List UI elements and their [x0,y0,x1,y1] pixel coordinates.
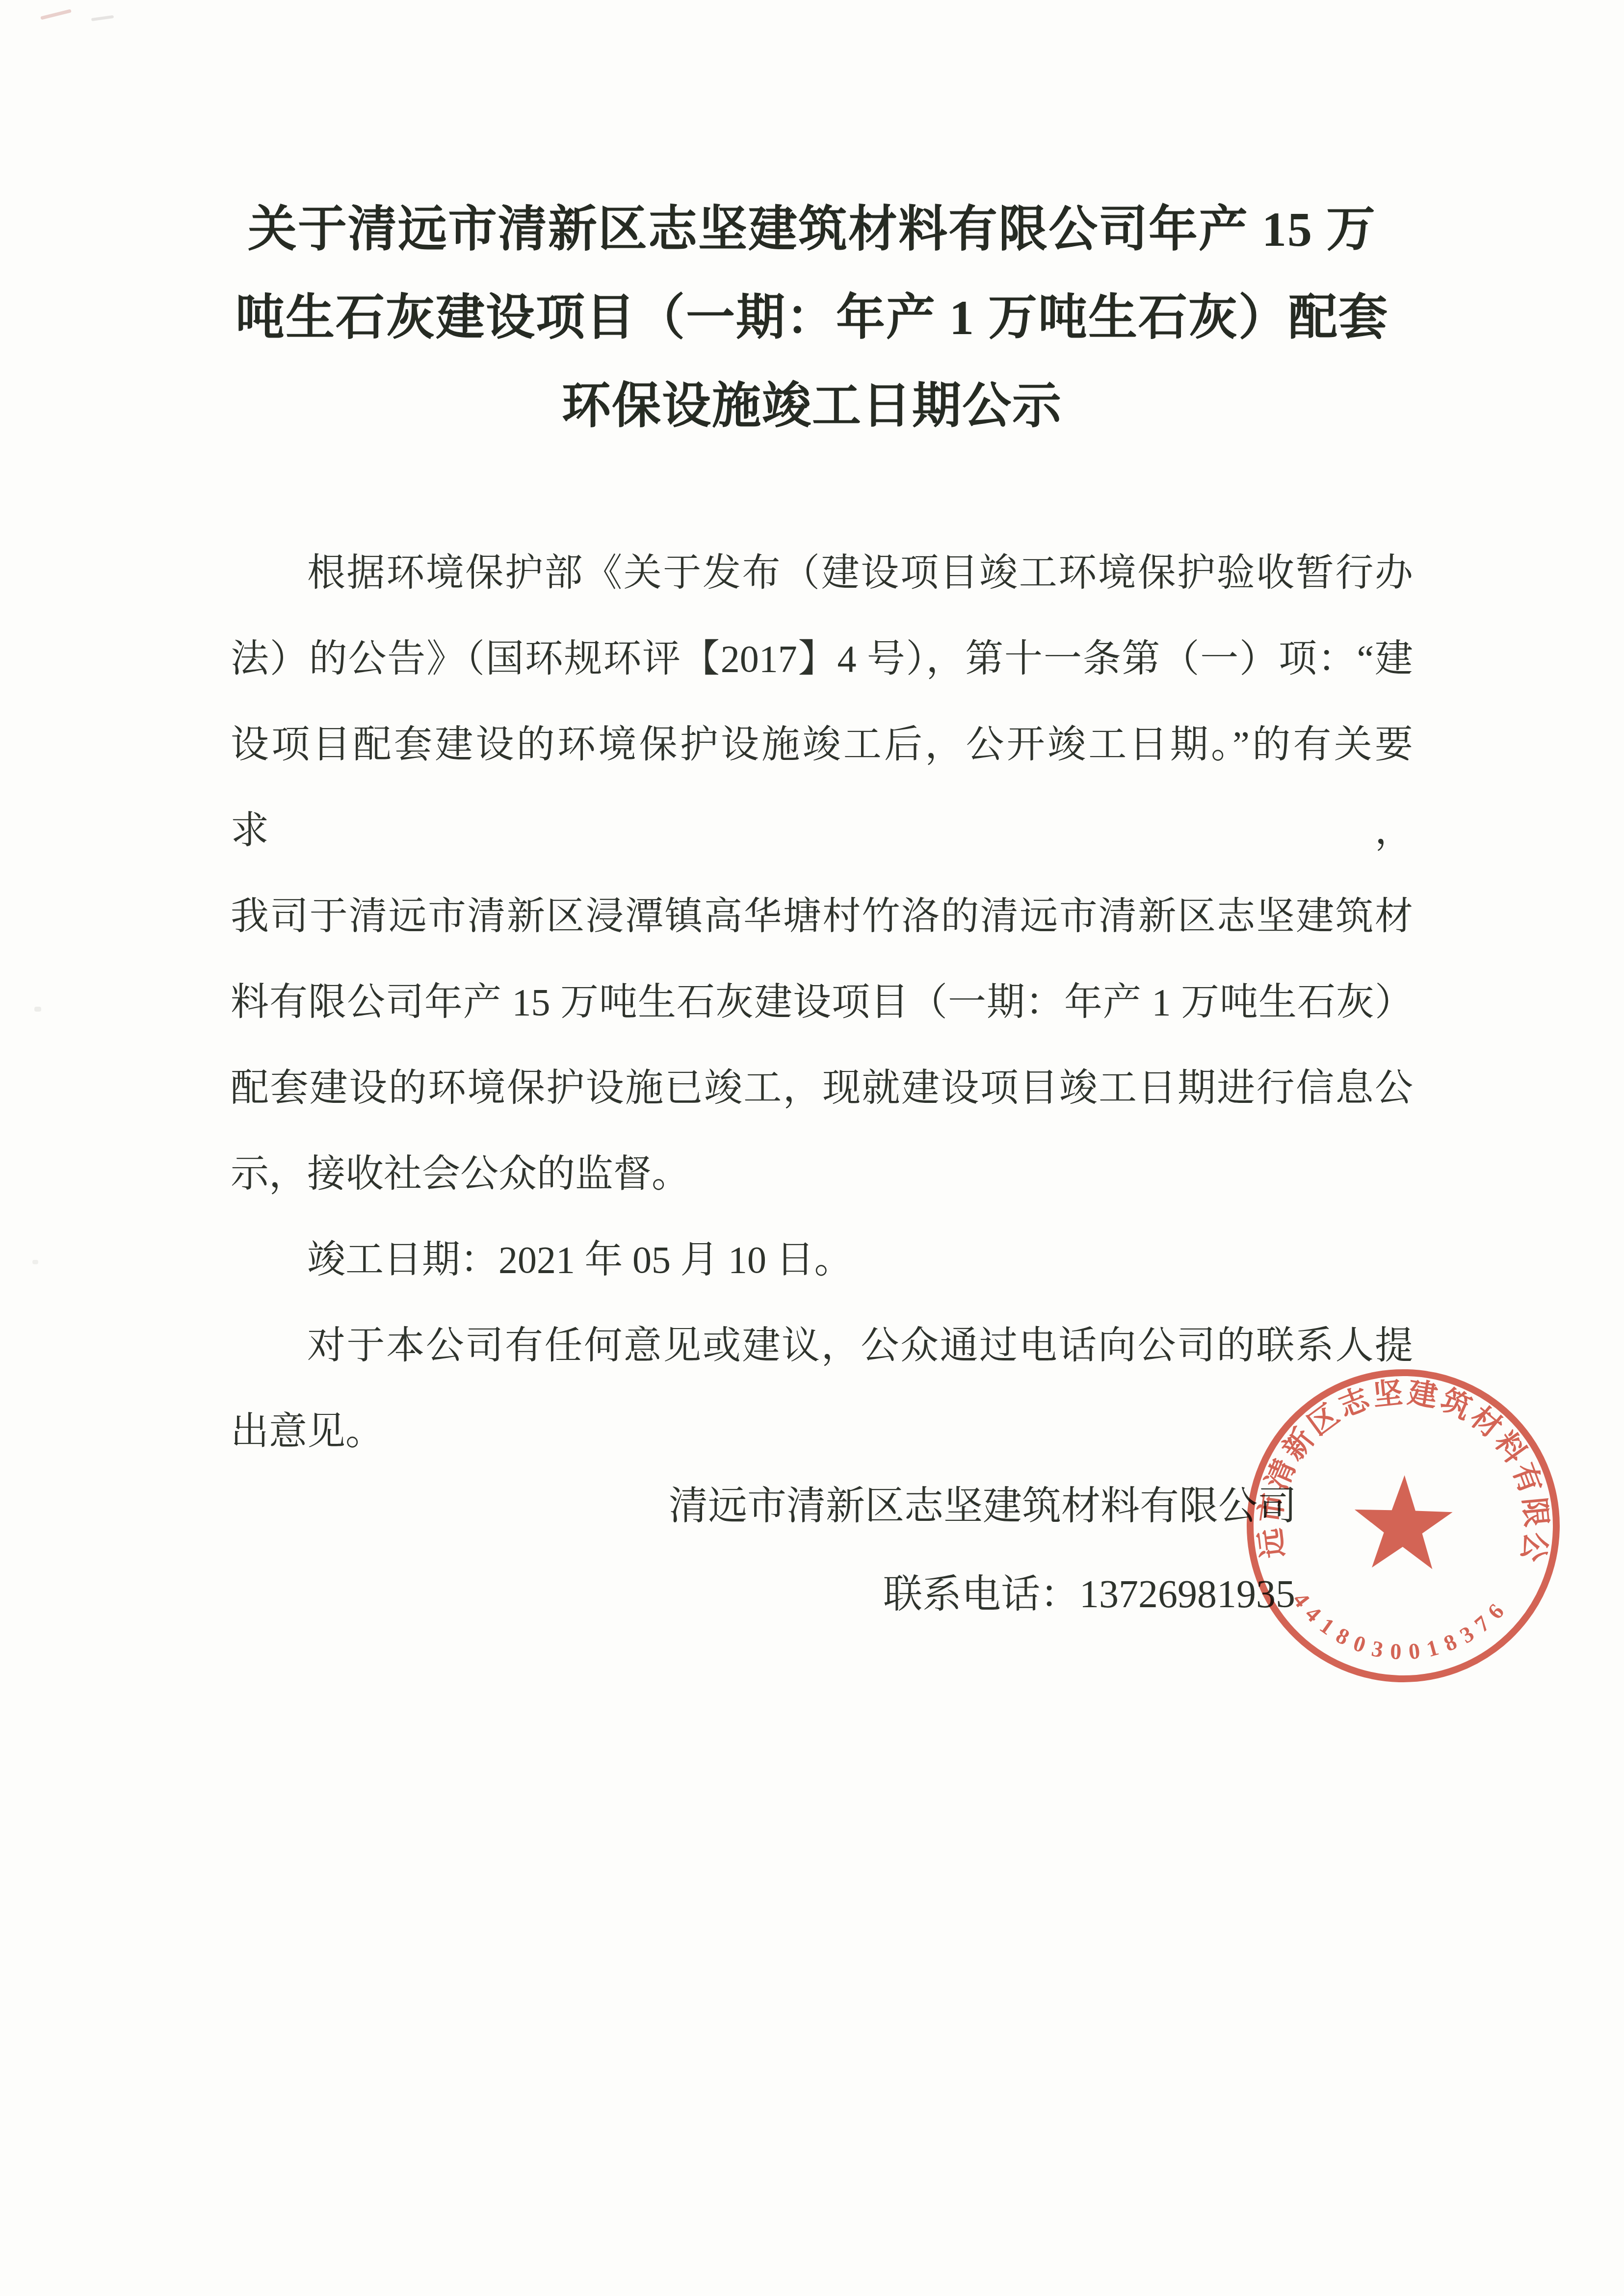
title-line-1: 关于清远市清新区志坚建筑材料有限公司年产 15 万 [0,185,1624,274]
body-line: 料有限公司年产 15 万吨生石灰建设项目（一期：年产 1 万吨生石灰） [231,959,1413,1045]
body-line: 配套建设的环境保护设施已竣工，现就建设项目竣工日期进行信息公 [231,1045,1413,1131]
scan-artifact [32,1260,38,1264]
red-star-icon [1353,1474,1454,1569]
body-line: 我司于清远市清新区浸潭镇高华塘村竹洛的清远市清新区志坚建筑材 [231,873,1413,959]
body-line: 示，接收社会公众的监督。 [231,1131,1413,1217]
document-title: 关于清远市清新区志坚建筑材料有限公司年产 15 万 吨生石灰建设项目（一期：年产… [0,185,1624,450]
company-seal: 清远市清新区志坚建筑材料有限公司 4418030018376 [1237,1359,1569,1692]
signature-phone-line: 联系电话：13726981935 [883,1571,1295,1618]
signature-company-name: 清远市清新区志坚建筑材料有限公司 [669,1483,1297,1530]
body-line: 对于本公司有任何意见或建议，公众通过电话向公司的联系人提 [231,1303,1413,1388]
completion-date-line: 竣工日期：2021 年 05 月 10 日。 [231,1217,1413,1303]
scan-artifact [40,9,72,20]
scan-artifact [91,15,114,21]
body-line: 设项目配套建设的环境保护设施竣工后，公开竣工日期。”的有关要求， [231,702,1413,873]
phone-label: 联系电话： [883,1573,1079,1616]
body-line: 根据环境保护部《关于发布（建设项目竣工环境保护验收暂行办 [231,530,1413,616]
title-line-2: 吨生石灰建设项目（一期：年产 1 万吨生石灰）配套 [0,274,1624,362]
body-line: 法）的公告》（国环规环评【2017】4 号），第十一条第（一）项：“建 [231,616,1413,702]
title-line-3: 环保设施竣工日期公示 [0,362,1624,450]
body-line: 出意见。 [231,1388,1413,1474]
document-body: 根据环境保护部《关于发布（建设项目竣工环境保护验收暂行办 法）的公告》（国环规环… [231,530,1413,1474]
scanned-notice-page: 关于清远市清新区志坚建筑材料有限公司年产 15 万 吨生石灰建设项目（一期：年产… [0,0,1624,2296]
scan-artifact [34,1007,41,1012]
